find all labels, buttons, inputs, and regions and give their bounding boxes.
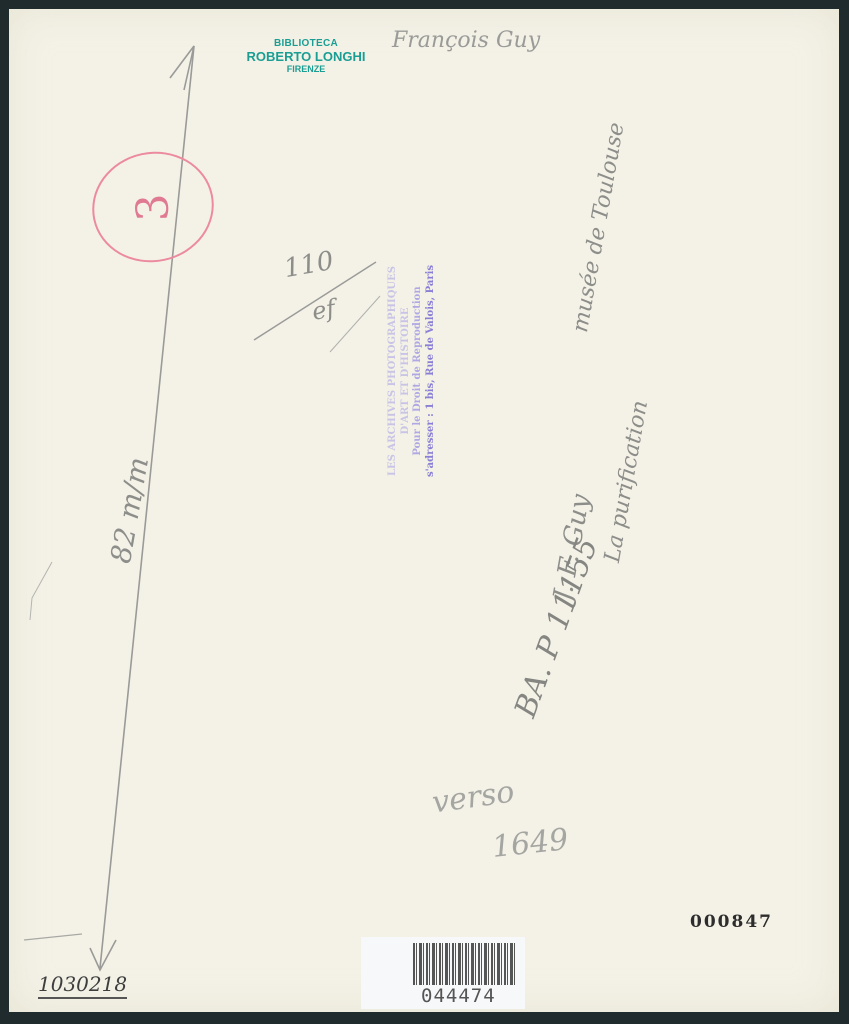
library-stamp-line3: FIRENZE (236, 64, 376, 74)
edge-mark-bottom (24, 934, 82, 940)
barcode-label: 044474 (361, 937, 525, 1009)
library-stamp: BIBLIOTECA ROBERTO LONGHI FIRENZE (236, 38, 376, 75)
edge-mark (30, 562, 52, 620)
accession-number: 1030218 (38, 972, 127, 999)
artist-name-note: François Guy (392, 28, 540, 53)
circled-number-value: 3 (127, 192, 179, 222)
fraction-stroke (330, 296, 380, 352)
archive-stamp: LES ARCHIVES PHOTOGRAPHIQUES D'ART ET D'… (387, 221, 437, 521)
archive-stamp-line3: Pour le Droit de Reproduction (412, 221, 425, 521)
library-stamp-line1: BIBLIOTECA (236, 38, 376, 50)
fraction-note-bottom: ef (310, 294, 338, 326)
inventory-number: 000847 (690, 912, 773, 932)
archive-stamp-line2: D'ART ET D'HISTOIRE (400, 221, 413, 521)
library-stamp-line2: ROBERTO LONGHI (236, 50, 376, 65)
archive-stamp-line4: s'adresser : 1 bis, Rue de Valois, Paris (425, 221, 438, 521)
barcode-icon (413, 943, 515, 985)
archive-stamp-line1: LES ARCHIVES PHOTOGRAPHIQUES (387, 221, 400, 521)
barcode-number: 044474 (421, 985, 496, 1007)
